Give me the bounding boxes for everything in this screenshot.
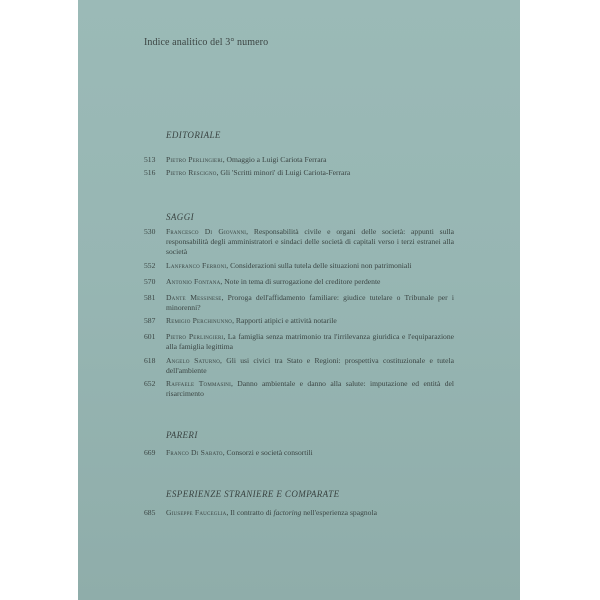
index-entry: 570 Antonio Fontana, Note in tema di sur… [144,277,454,287]
page-number: 618 [144,356,164,366]
entry-title: Rapporti atipici e attività notarile [236,316,337,325]
section-heading-saggi: SAGGI [166,212,194,222]
entry-title: Gli 'Scritti minori' di Luigi Cariota-Fe… [220,168,350,177]
entry-author: Francesco Di Giovanni [166,227,246,236]
index-entry: 552 Lanfranco Ferroni, Considerazioni su… [144,261,454,271]
index-entry: 601 Pietro Perlingieri, La famiglia senz… [144,332,454,352]
page-number: 513 [144,155,164,165]
entry-body: Pietro Perlingieri, Omaggio a Luigi Cari… [166,155,454,165]
entry-title: Omaggio a Luigi Cariota Ferrara [227,155,327,164]
page-number: 587 [144,316,164,326]
page-number: 601 [144,332,164,342]
entry-body: Franco Di Sabato, Consorzi e società con… [166,448,454,458]
entry-author: Pietro Rescigno [166,168,217,177]
section-heading-pareri: PARERI [166,430,198,440]
entry-author: Dante Messinese [166,293,222,302]
entry-body: Raffaele Tommasini, Danno ambientale e d… [166,379,454,399]
index-entry: 581 Dante Messinese, Proroga dell'affida… [144,293,454,313]
page-number: 669 [144,448,164,458]
index-entry: 652 Raffaele Tommasini, Danno ambientale… [144,379,454,399]
entry-author: Pietro Perlingieri [166,155,223,164]
entry-body: Remigio Perchinunno, Rapporti atipici e … [166,316,454,326]
entry-author: Antonio Fontana [166,277,220,286]
entry-body: Antonio Fontana, Note in tema di surroga… [166,277,454,287]
entry-author: Remigio Perchinunno [166,316,232,325]
entry-author: Raffaele Tommasini [166,379,231,388]
index-entry: 530 Francesco Di Giovanni, Responsabilit… [144,227,454,257]
entry-title-part: Il contratto di [230,508,273,517]
index-entry: 587 Remigio Perchinunno, Rapporti atipic… [144,316,454,326]
entry-body: Pietro Perlingieri, La famiglia senza ma… [166,332,454,352]
section-heading-editoriale: EDITORIALE [166,130,221,140]
page-number: 516 [144,168,164,178]
page-number: 581 [144,293,164,303]
entry-author: Pietro Perlingieri [166,332,223,341]
entry-author: Angelo Saturno [166,356,220,365]
entry-title-part: nell'esperienza spagnola [301,508,377,517]
entry-body: Dante Messinese, Proroga dell'affidament… [166,293,454,313]
entry-body: Pietro Rescigno, Gli 'Scritti minori' di… [166,168,454,178]
entry-body: Angelo Saturno, Gli usi civici tra Stato… [166,356,454,376]
page-title: Indice analitico del 3° numero [144,37,268,48]
entry-title: Considerazioni sulla tutela delle situaz… [230,261,411,270]
index-entry: 685 Giuseppe Fauceglia, Il contratto di … [144,508,454,518]
index-entry: 516 Pietro Rescigno, Gli 'Scritti minori… [144,168,454,178]
entry-title: Il contratto di factoring nell'esperienz… [230,508,377,517]
document-page: Indice analitico del 3° numero EDITORIAL… [78,0,520,600]
entry-body: Lanfranco Ferroni, Considerazioni sulla … [166,261,454,271]
entry-author: Franco Di Sabato [166,448,223,457]
index-entry: 669 Franco Di Sabato, Consorzi e società… [144,448,454,458]
page-number: 652 [144,379,164,389]
entry-author: Lanfranco Ferroni [166,261,226,270]
entry-title: Note in tema di surrogazione del credito… [224,277,380,286]
index-entry: 618 Angelo Saturno, Gli usi civici tra S… [144,356,454,376]
page-number: 685 [144,508,164,518]
page-number: 530 [144,227,164,237]
entry-body: Giuseppe Fauceglia, Il contratto di fact… [166,508,454,518]
entry-body: Francesco Di Giovanni, Responsabilità ci… [166,227,454,257]
entry-title: Consorzi e società consortili [226,448,312,457]
entry-author: Giuseppe Fauceglia [166,508,226,517]
page-number: 570 [144,277,164,287]
entry-title-italic: factoring [274,508,302,517]
section-heading-esperienze: ESPERIENZE STRANIERE E COMPARATE [166,489,340,499]
page-number: 552 [144,261,164,271]
index-entry: 513 Pietro Perlingieri, Omaggio a Luigi … [144,155,454,165]
